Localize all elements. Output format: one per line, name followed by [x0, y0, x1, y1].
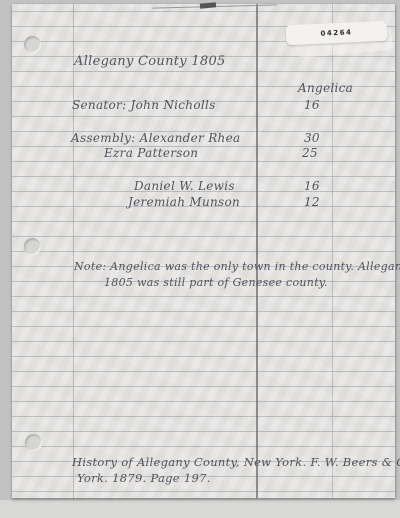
row-label-assembly-3: Daniel W. Lewis — [134, 179, 235, 193]
row-value-assembly-1: 30 — [304, 131, 320, 145]
scanned-page: 04264 Allegany County 1805 Angelica Sena… — [0, 0, 400, 518]
note-line-1: Note: Angelica was the only town in the … — [74, 260, 400, 273]
row-value-assembly-3: 16 — [304, 179, 320, 193]
right-column-line — [332, 4, 333, 498]
scanner-background — [0, 500, 400, 518]
punch-hole-bottom — [25, 434, 42, 451]
row-value-senator: 16 — [304, 98, 320, 112]
row-value-assembly-2: 25 — [302, 146, 318, 160]
row-label-assembly-1: Assembly: Alexander Rhea — [71, 131, 240, 145]
row-label-assembly-2: Ezra Patterson — [104, 146, 198, 160]
row-label-assembly-4: Jeremiah Munson — [128, 195, 240, 209]
punch-hole-middle — [24, 238, 41, 255]
row-label-senator: Senator: John Nicholls — [72, 98, 216, 112]
citation-line-2: York. 1879. Page 197. — [77, 471, 211, 485]
left-margin-line — [73, 4, 74, 498]
note-line-2: 1805 was still part of Genesee county. — [104, 276, 328, 289]
ledger-paper: 04264 Allegany County 1805 Angelica Sena… — [12, 4, 395, 498]
row-value-assembly-4: 12 — [304, 195, 320, 209]
ruled-lines — [12, 0, 395, 498]
column-header-town: Angelica — [298, 81, 353, 95]
archive-sticker-number: 04264 — [320, 28, 352, 37]
citation-line-1: History of Allegany County, New York. F.… — [72, 455, 400, 469]
page-title: Allegany County 1805 — [74, 54, 226, 69]
punch-hole-top — [24, 36, 41, 53]
center-column-line — [256, 4, 258, 498]
